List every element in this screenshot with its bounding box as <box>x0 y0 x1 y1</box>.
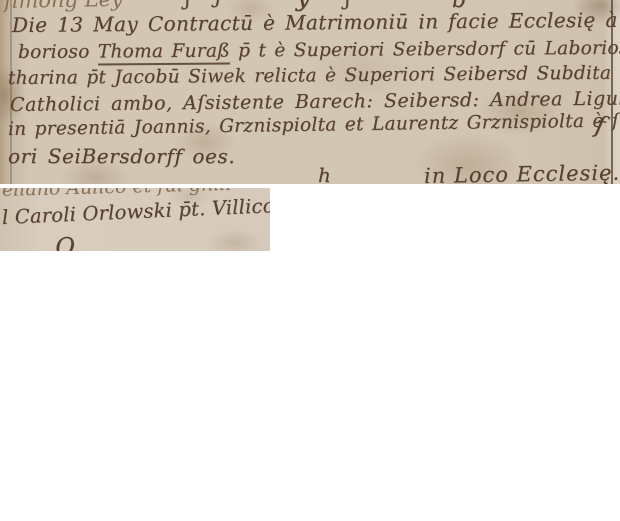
manuscript-line-partial-bottom: in Loco Ecclesię. <box>424 163 620 184</box>
stray-stroke: j <box>215 0 221 6</box>
manuscript-line: Die 13 May Contractū è Matrimoniū in fac… <box>12 9 620 35</box>
manuscript-line: tharina p̄t Jacobū Siwek relicta è Super… <box>8 65 611 89</box>
line-segment: borioso <box>18 41 98 63</box>
page-canvas: ſimong Ley ʃ j y ʃ b f h Die 13 May Cont… <box>0 0 620 521</box>
manuscript-line: ori SeiBersdorff oes. <box>8 146 235 166</box>
manuscript-line-partial-top: ſimong Ley <box>4 0 123 12</box>
stray-stroke: y <box>296 0 311 10</box>
manuscript-line-partial-bottom: Q <box>55 235 75 251</box>
line-segment: p̄ t è Superiori Seibersdorf cū Laborios… <box>230 37 620 61</box>
stray-stroke: ʃ <box>185 0 190 8</box>
manuscript-line: borioso Thoma Furaß p̄ t è Superiori Sei… <box>18 39 620 62</box>
stray-stroke: ʃ <box>345 0 350 8</box>
manuscript-line: in presentiā Joannis, Grznispiolta et La… <box>8 112 620 139</box>
underlined-groom-name: Thoma Furaß <box>98 41 230 66</box>
stray-stroke: h <box>318 165 331 184</box>
manuscript-line: l Caroli Orlowski p̄t. Villico a <box>2 195 270 227</box>
manuscript-scan-top: ſimong Ley ʃ j y ʃ b f h Die 13 May Cont… <box>0 0 620 184</box>
manuscript-scan-bottom: ellano Aulico et ſui gnili l Caroli Orlo… <box>0 188 270 251</box>
